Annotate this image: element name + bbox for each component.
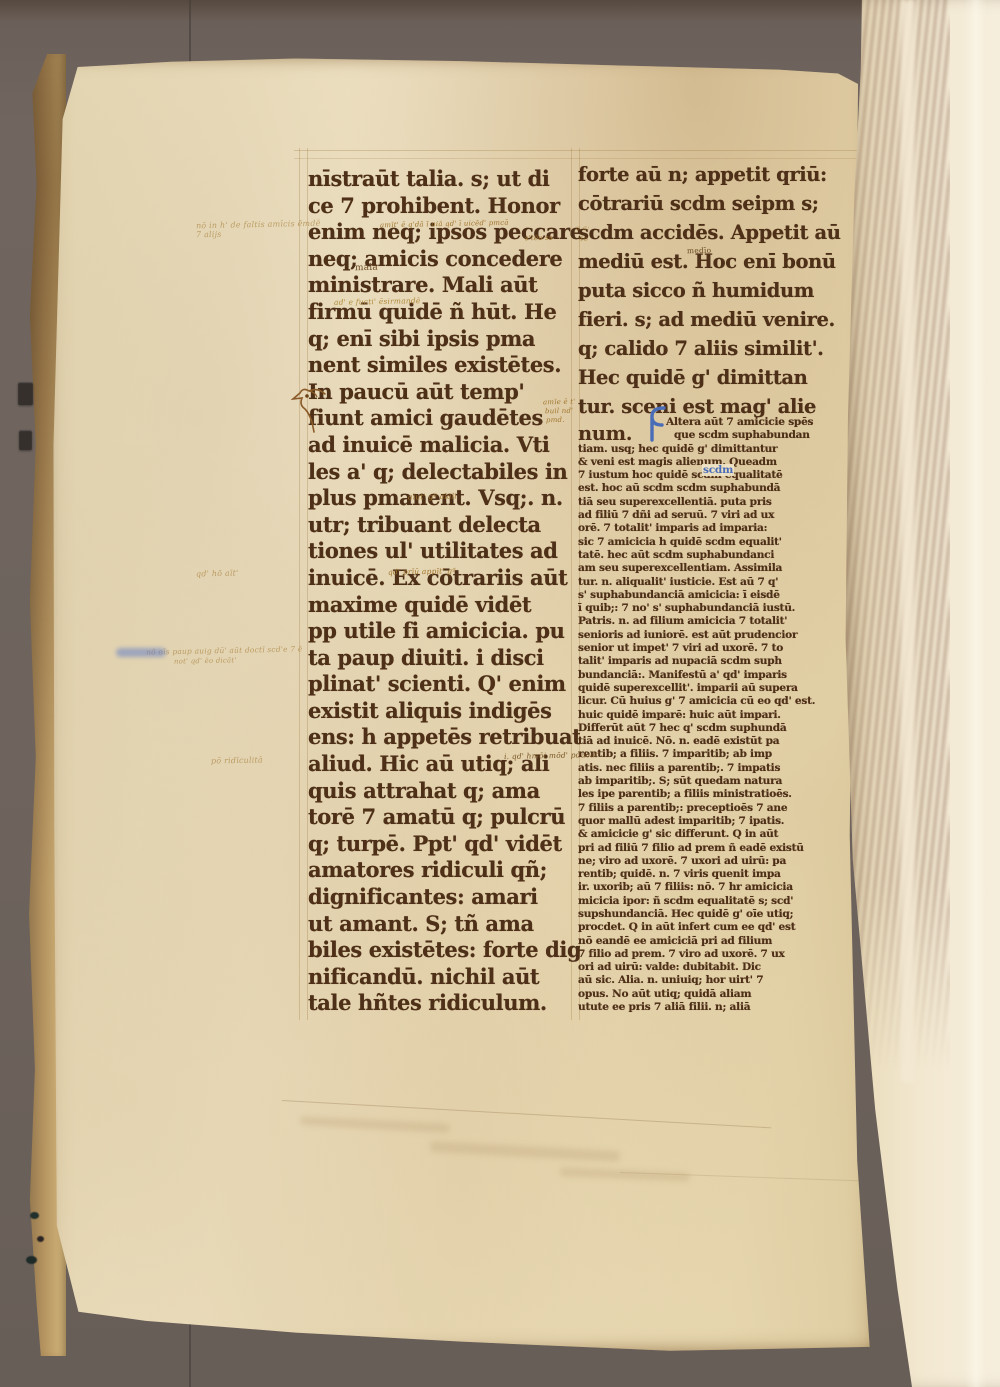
manuscript-line: plinat' scienti. Q' enim — [308, 671, 580, 698]
manuscript-line: dignificantes: amari — [308, 884, 580, 911]
manuscript-line: quidē superexcellit'. imparii aū supera — [578, 682, 872, 695]
manuscript-line: utr; tribuant delecta — [308, 512, 580, 539]
manuscript-line: ī quib;: 7 no' s' suphabundanciā iustū. — [578, 602, 872, 615]
manuscript-line: amatores ridiculi qñ; — [308, 857, 580, 884]
manuscript-line: ce 7 prohibent. Honor — [308, 193, 580, 220]
manuscript-line: aū sic. Alia. n. uniuiq; hor uirt' 7 — [578, 974, 872, 987]
manuscript-line: tiā seu superexcellentiā. puta pris — [578, 496, 872, 509]
manuscript-line: tur. n. aliqualit' iusticie. Est aū 7 q' — [578, 576, 872, 589]
manuscript-line: forte aū n; appetit qriū: — [578, 160, 872, 189]
manuscript-line: cōtrariū scdm seipm s; — [578, 189, 872, 218]
interlinear-gloss: aīut' gª aīali — [408, 491, 457, 501]
manuscript-line: Differūt aūt 7 hec q' scdm suphundā — [578, 722, 872, 735]
manuscript-line: neq; amicis concedere — [308, 246, 580, 273]
intercolumn-gloss: 4o — [579, 235, 588, 243]
manuscript-line: fiunt amici gaudētes — [308, 405, 580, 432]
manuscript-line: tatē. hec aūt scdm suphabundanci — [578, 549, 872, 562]
manuscript-line: quis attrahat q; ama — [308, 778, 580, 805]
interlinear-gloss: ad' e fucti' ēsirmandē — [334, 296, 421, 307]
manuscript-line: ministrare. Mali aūt — [308, 272, 580, 299]
intercolumn-gloss: pmd. — [546, 416, 565, 424]
manuscript-line: huic quidē imparē: huic aūt impari. — [578, 709, 872, 722]
binding-clasp-upper — [18, 382, 33, 405]
marginal-gloss: s'tēo ss — [525, 234, 553, 243]
manuscript-line: Hec quidē g' dimittan — [578, 363, 872, 392]
manuscript-line: torē 7 amatū q; pulcrū — [308, 804, 580, 831]
manuscript-line: ne; viro ad uxorē. 7 uxori ad uirū: pa — [578, 855, 872, 868]
manuscript-line: q; enī sibi ipsis pma — [308, 326, 580, 353]
facing-page-column-gap — [901, 0, 915, 1082]
ink-offset-smudge — [560, 1167, 690, 1182]
manuscript-line: existit aliquis indigēs — [308, 698, 580, 725]
manuscript-line: pri ad filiū 7 filio ad prem ñ eadē exis… — [578, 842, 872, 855]
intercolumn-gloss: buil nd' — [545, 407, 573, 416]
manuscript-line: ad filiū 7 dñi ad seruū. 7 viri ad ux — [578, 509, 872, 522]
manuscript-line: nificandū. nichil aūt — [308, 964, 580, 991]
manuscript-line: am seu superexcellentiam. Assimila — [578, 562, 872, 575]
manuscript-line: scdm accidēs. Appetit aū — [578, 218, 872, 247]
intercolumn-gloss: amīe ē t' — [543, 398, 575, 407]
facing-page-blurred-text — [845, 0, 951, 1104]
manuscript-line: ad inuicē malicia. Vti — [308, 432, 580, 459]
marginal-gloss: qd' hō aīt' — [196, 569, 239, 579]
manuscript-line: micicia ipor: ñ scdm equalitatē s; scd' — [578, 895, 872, 908]
manuscript-line: ens: h appetēs retribuat — [308, 724, 580, 751]
ruling-line — [294, 150, 860, 151]
ink-offset-smudge — [300, 1116, 450, 1133]
interlinear-gloss: qd' prīū appīt' gª — [388, 566, 456, 576]
manuscript-line: 7 filio ad prem. 7 viro ad uxorē. 7 ux — [578, 948, 872, 961]
interlinear-gloss: mala — [355, 263, 378, 273]
manuscript-line: supshundanciā. Hec quidē g' oīe utiq; — [578, 908, 872, 921]
blue-paraph-mark — [649, 406, 667, 442]
manuscript-line: nō eandē ee amiciciā pri ad filium — [578, 935, 872, 948]
manuscript-line: licur. Cū huius g' 7 amicicia cū eo qd' … — [578, 695, 872, 708]
manuscript-line: les a' q; delectabiles in — [308, 459, 580, 486]
bird-head-pen-flourish — [291, 386, 329, 434]
manuscript-line: atis. nec filiis a parentib;. 7 impatis — [578, 762, 872, 775]
manuscript-line: bundanciā:. Manifestū a' qd' imparis — [578, 669, 872, 682]
marginal-gloss: nō oīs paup auig dū' aūt doctī scd'e 7 ē — [146, 644, 303, 656]
spine-stain — [26, 1256, 37, 1264]
manuscript-line: tiones ul' utilitates ad — [308, 538, 580, 565]
manuscript-line: senior ut impet' 7 viri ad uxorē. 7 to — [578, 642, 872, 655]
manuscript-line: maxime quidē vidēt — [308, 592, 580, 619]
manuscript-line: ta paup diuiti. i disci — [308, 645, 580, 672]
manuscript-line: s' suphabundanciā amicicia: ī eisdē — [578, 589, 872, 602]
manuscript-line: orē. 7 totalit' imparis ad imparia: — [578, 522, 872, 535]
manuscript-line: biles existētes: forte dig — [308, 937, 580, 964]
intercolumn-gloss: a a; — [576, 224, 590, 232]
manuscript-line: ab imparitib;. S; sūt quedam natura — [578, 775, 872, 788]
manuscript-line: tale hñtes ridiculum. — [308, 990, 580, 1017]
binding-clasp-lower — [19, 430, 32, 450]
manuscript-line: q; turpē. Ppt' qd' vidēt — [308, 831, 580, 858]
manuscript-line: 7 filiis a parentib;: preceptioēs 7 ane — [578, 802, 872, 815]
manuscript-line: ir. uxorib; aū 7 filiis: nō. 7 hr amicic… — [578, 881, 872, 894]
manuscript-line: rentib; a filiis. 7 imparitib; ab imp — [578, 748, 872, 761]
spine-stain — [37, 1236, 44, 1242]
manuscript-line: ori ad uirū: valde: dubitabit. Dic — [578, 961, 872, 974]
manuscript-line: q; calido 7 aliis similit'. — [578, 334, 872, 363]
manuscript-line: tiā ad inuicē. Nō. n. eadē existūt pa — [578, 735, 872, 748]
manuscript-line: rentib; quidē. n. 7 viris quenit impa — [578, 868, 872, 881]
bird-head-drawing — [291, 386, 329, 434]
ruling-line — [294, 158, 860, 159]
manuscript-line: In paucū aūt temp' — [308, 379, 580, 406]
marginal-gloss: nō in h' de faltis amīcis ēmdē — [196, 219, 321, 231]
manuscript-line: est. hoc aū scdm scdm suphabundā — [578, 482, 872, 495]
spine-stain — [30, 1212, 39, 1219]
manuscript-line: puta sicco ñ humidum — [578, 276, 872, 305]
marginal-gloss: 7 alijs — [196, 230, 222, 240]
manuscript-line: utute ee pris 7 aliā filii. n; aliā — [578, 1001, 872, 1014]
marginal-gloss: pō ridīculitā — [211, 755, 263, 765]
photograph-of-open-medieval-manuscript: nīstraūt talia. s; ut dice 7 prohibent. … — [0, 0, 1000, 1387]
manuscript-line: tiam. usq; hec quidē g' dimittantur — [578, 443, 872, 456]
manuscript-line: fieri. s; ad mediū venire. — [578, 305, 872, 334]
manuscript-line: nent similes existētes. — [308, 352, 580, 379]
paraph-glyph — [649, 406, 667, 442]
text-column-left: nīstraūt talia. s; ut dice 7 prohibent. … — [308, 166, 580, 1017]
manuscript-line: Patris. n. ad filium amicicia 7 totalit' — [578, 615, 872, 628]
ruling-line — [299, 148, 300, 1020]
manuscript-line: opus. No aūt utiq; quidā aliam — [578, 988, 872, 1001]
manuscript-line: pp utile fi amicicia. pu — [308, 618, 580, 645]
manuscript-line: & amicicie g' sic differunt. Q in aūt — [578, 828, 872, 841]
manuscript-line: nīstraūt talia. s; ut di — [308, 166, 580, 193]
manuscript-line: sic 7 amicicia h quidē scdm equalit' — [578, 536, 872, 549]
manuscript-line: Altera aūt 7 amicicie spēs — [666, 416, 872, 429]
manuscript-page-verso: nīstraūt talia. s; ut dice 7 prohibent. … — [46, 54, 878, 1356]
manuscript-line: les ipe parentib; a filiis ministratioēs… — [578, 788, 872, 801]
text-column-right-large: forte aū n; appetit qriū:cōtrariū scdm s… — [578, 160, 872, 421]
manuscript-line: ut amant. S; tñ ama — [308, 911, 580, 938]
blue-ink-word: scdm — [702, 464, 734, 476]
manuscript-line: mediū est. Hoc enī bonū — [578, 247, 872, 276]
marginal-gloss: not' qd' ēo dicāt' — [174, 656, 237, 665]
interlinear-gloss: medīo — [687, 246, 711, 256]
manuscript-line: procdet. Q in aūt infert cum ee qd' est — [578, 921, 872, 934]
ink-offset-smudge — [430, 1141, 620, 1162]
manuscript-line: que scdm suphabundan — [674, 429, 872, 442]
facing-page-fold-highlight — [965, 0, 987, 1387]
blue-pigment-smudge — [116, 648, 166, 657]
text-column-right-small: Altera aūt 7 amicicie spēsque scdm supha… — [578, 416, 872, 1014]
manuscript-line: quor mallū adest imparitib; 7 ipatis. — [578, 815, 872, 828]
manuscript-line: senioris ad iuniorē. est aūt prudencior — [578, 629, 872, 642]
manuscript-line: talit' imparis ad nupaciā scdm suph — [578, 655, 872, 668]
